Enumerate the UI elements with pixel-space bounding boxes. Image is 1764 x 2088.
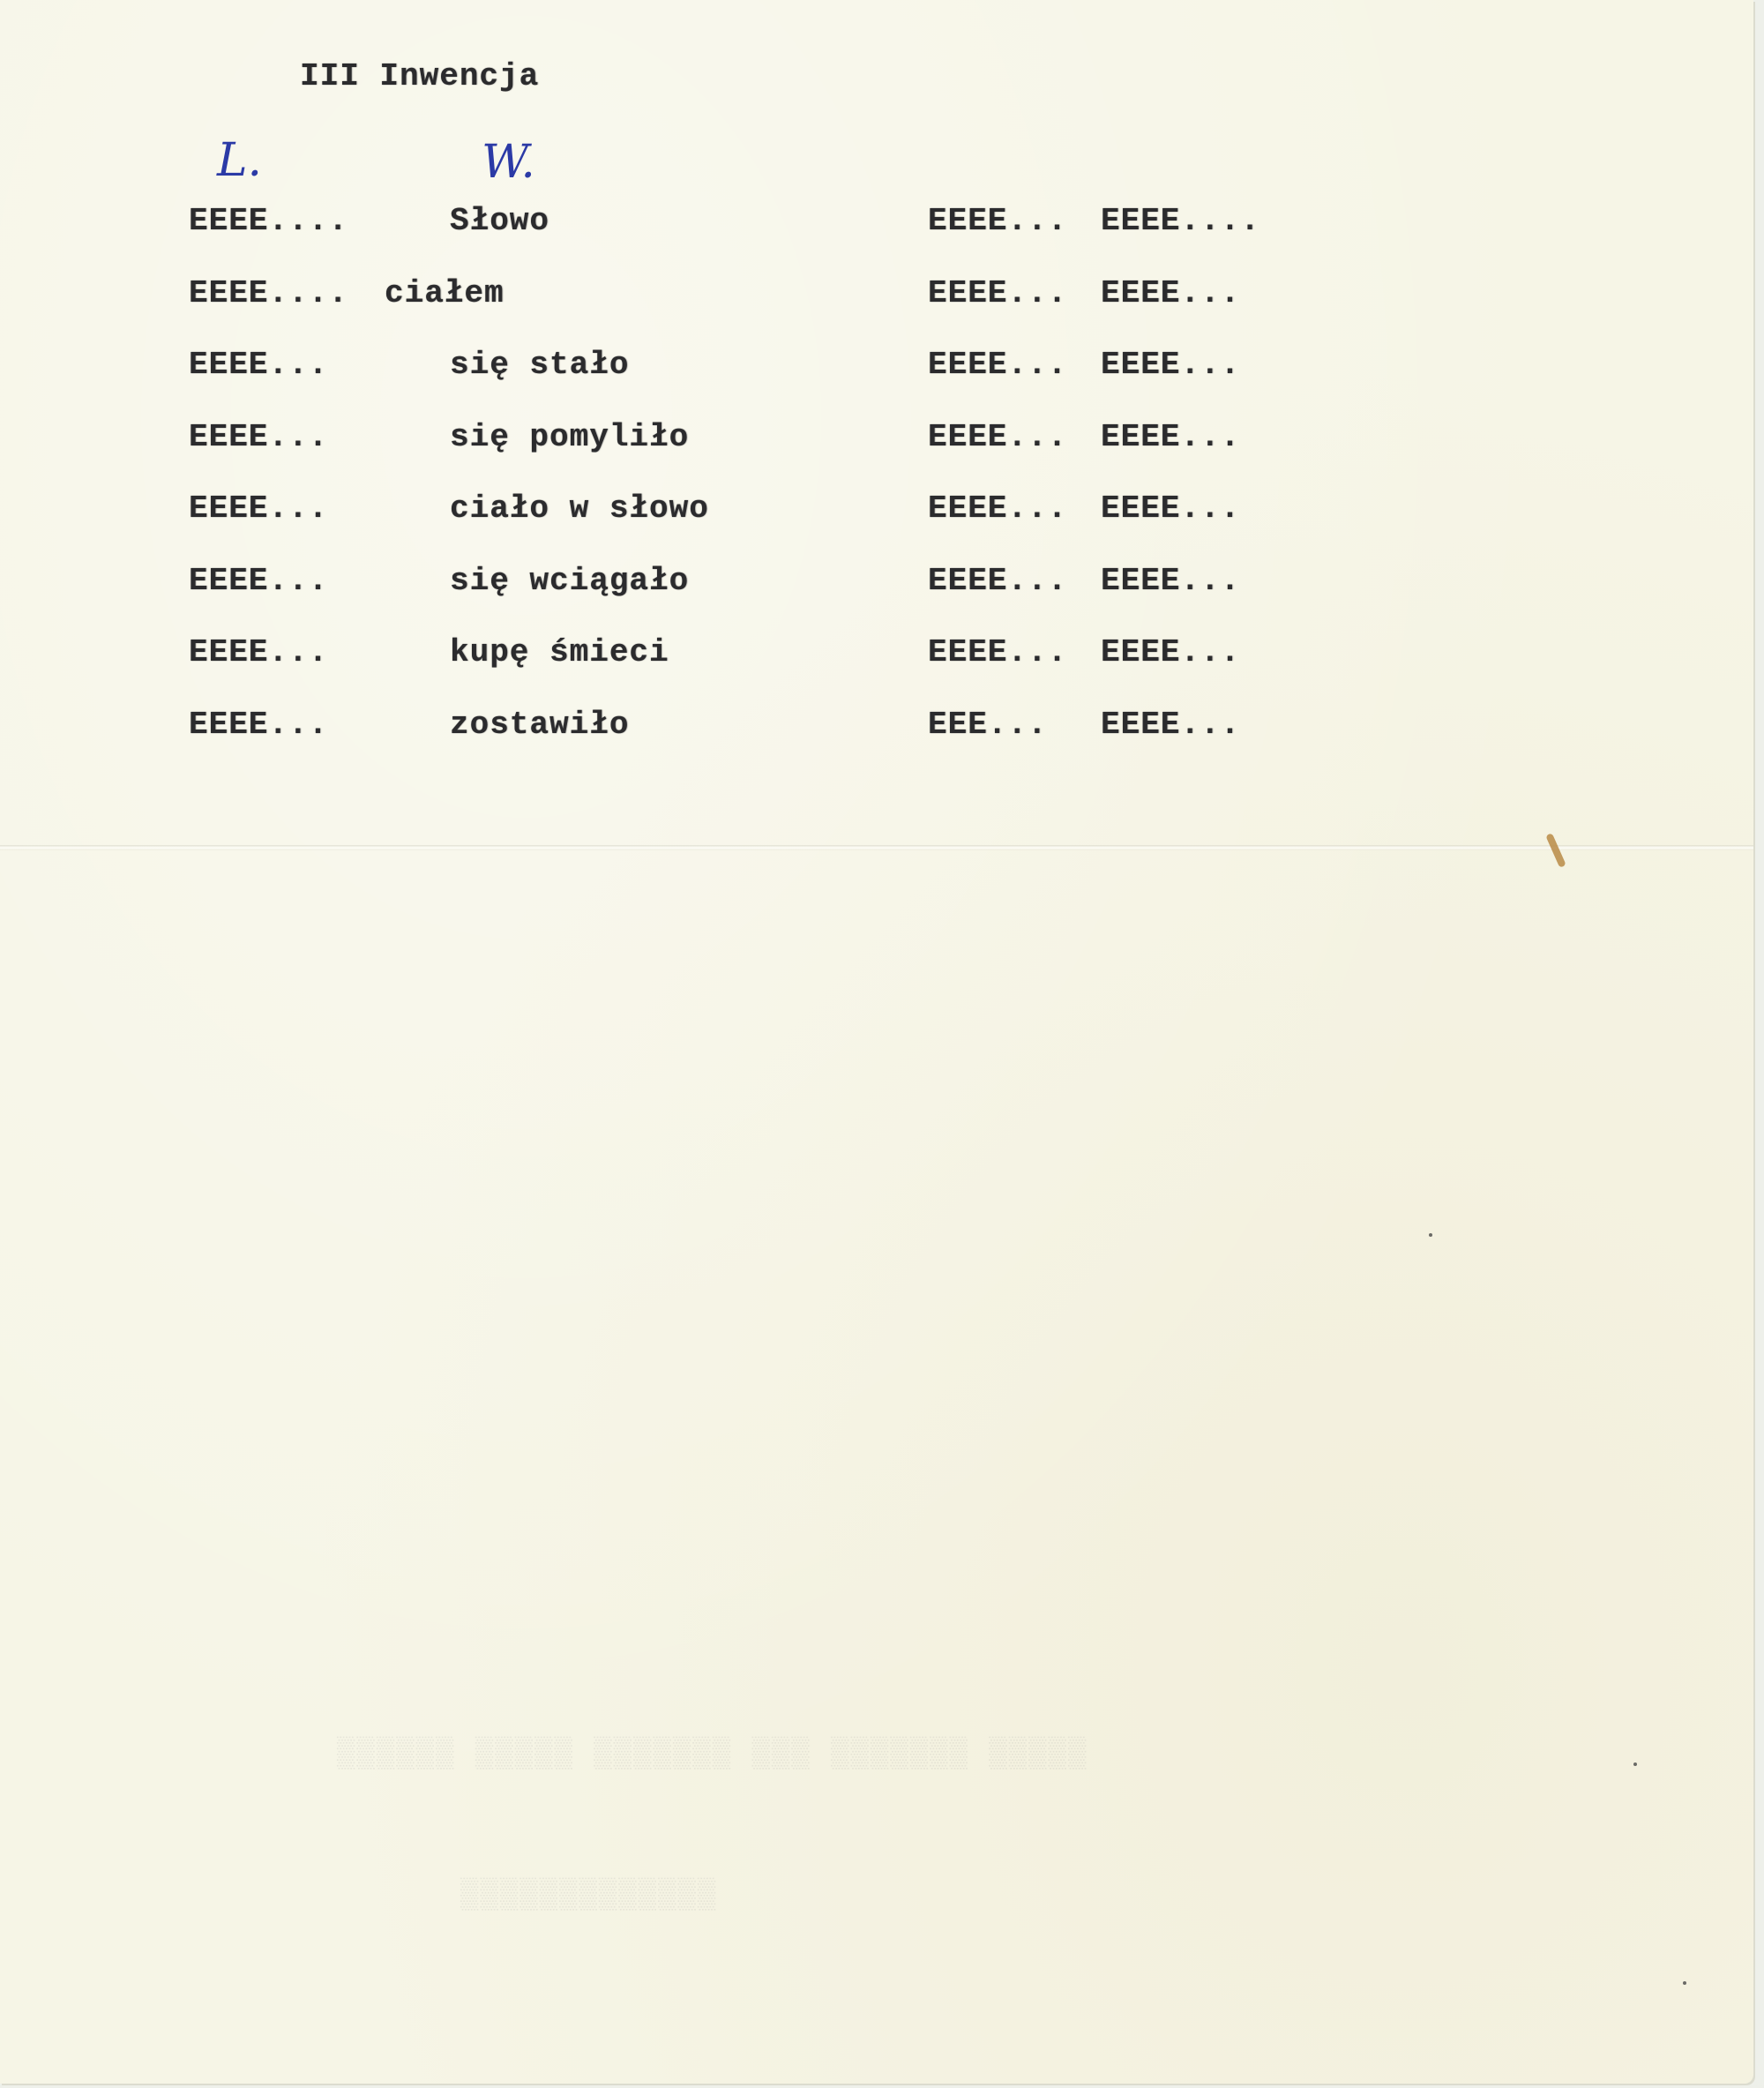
bleed-through-texture: ▒▒▒▒▒▒▒▒▒▒▒▒▒: [459, 1879, 715, 1912]
cue-right-1: EEEE...: [928, 203, 1067, 239]
cue-left: EEEE...: [189, 707, 328, 743]
paper-sheet: ▒▒▒▒▒ ▒▒▒▒▒▒▒ ▒▒▒ ▒▒▒▒▒▒▒ ▒▒▒▒▒ ▒▒▒▒▒▒ ▒…: [0, 0, 1753, 2084]
cue-right-2: EEEE...: [1101, 707, 1240, 743]
paper-speck: [1683, 1981, 1686, 1985]
cue-right-2: EEEE....: [1101, 203, 1260, 239]
lyric-text: Słowo: [450, 203, 549, 239]
cue-right-1: EEEE...: [928, 563, 1067, 599]
table-row: EEEE....ciałemEEEE...EEEE...: [0, 275, 1753, 328]
table-row: EEEE...kupę śmieciEEEE...EEEE...: [0, 634, 1753, 687]
cue-right-1: EEE...: [928, 707, 1048, 743]
cue-right-2: EEEE...: [1101, 275, 1240, 311]
cue-left: EEEE...: [189, 490, 328, 527]
lyric-text: się wciągało: [450, 563, 689, 599]
table-row: EEEE...się wciągałoEEEE...EEEE...: [0, 563, 1753, 616]
cue-right-2: EEEE...: [1101, 490, 1240, 527]
cue-right-2: EEEE...: [1101, 563, 1240, 599]
paper-stain: [1545, 833, 1566, 868]
page-title: III Inwencja: [300, 58, 539, 94]
cue-left: EEEE....: [189, 275, 348, 311]
cue-right-1: EEEE...: [928, 490, 1067, 527]
lyric-text: się pomyliło: [450, 419, 689, 455]
table-row: EEEE...zostawiłoEEE...EEEE...: [0, 707, 1753, 760]
cue-right-2: EEEE...: [1101, 347, 1240, 383]
handwritten-mark-left: L.: [217, 134, 262, 187]
cue-left: EEEE...: [189, 563, 328, 599]
paper-fold-line: [0, 845, 1753, 850]
cue-left: EEEE...: [189, 634, 328, 670]
cue-left: EEEE....: [189, 203, 348, 239]
handwritten-mark-right: W.: [482, 136, 535, 189]
lyric-text: kupę śmieci: [450, 634, 669, 670]
bleed-through-texture: ▒▒▒▒▒ ▒▒▒▒▒▒▒ ▒▒▒ ▒▒▒▒▒▒▒ ▒▒▒▒▒ ▒▒▒▒▒▒: [335, 1738, 1086, 1771]
table-row: EEEE....SłowoEEEE...EEEE....: [0, 203, 1753, 256]
cue-left: EEEE...: [189, 419, 328, 455]
lyric-text: zostawiło: [450, 707, 629, 743]
table-row: EEEE...się stałoEEEE...EEEE...: [0, 347, 1753, 400]
cue-left: EEEE...: [189, 347, 328, 383]
cue-right-2: EEEE...: [1101, 419, 1240, 455]
lyric-text: ciałem: [385, 275, 505, 311]
lyric-text: ciało w słowo: [450, 490, 709, 527]
cue-right-1: EEEE...: [928, 275, 1067, 311]
cue-right-1: EEEE...: [928, 347, 1067, 383]
cue-right-2: EEEE...: [1101, 634, 1240, 670]
table-row: EEEE...ciało w słowoEEEE...EEEE...: [0, 490, 1753, 543]
lyric-text: się stało: [450, 347, 629, 383]
table-row: EEEE...się pomyliłoEEEE...EEEE...: [0, 419, 1753, 472]
paper-speck: [1429, 1233, 1432, 1237]
paper-speck: [1633, 1762, 1637, 1766]
cue-right-1: EEEE...: [928, 419, 1067, 455]
cue-right-1: EEEE...: [928, 634, 1067, 670]
